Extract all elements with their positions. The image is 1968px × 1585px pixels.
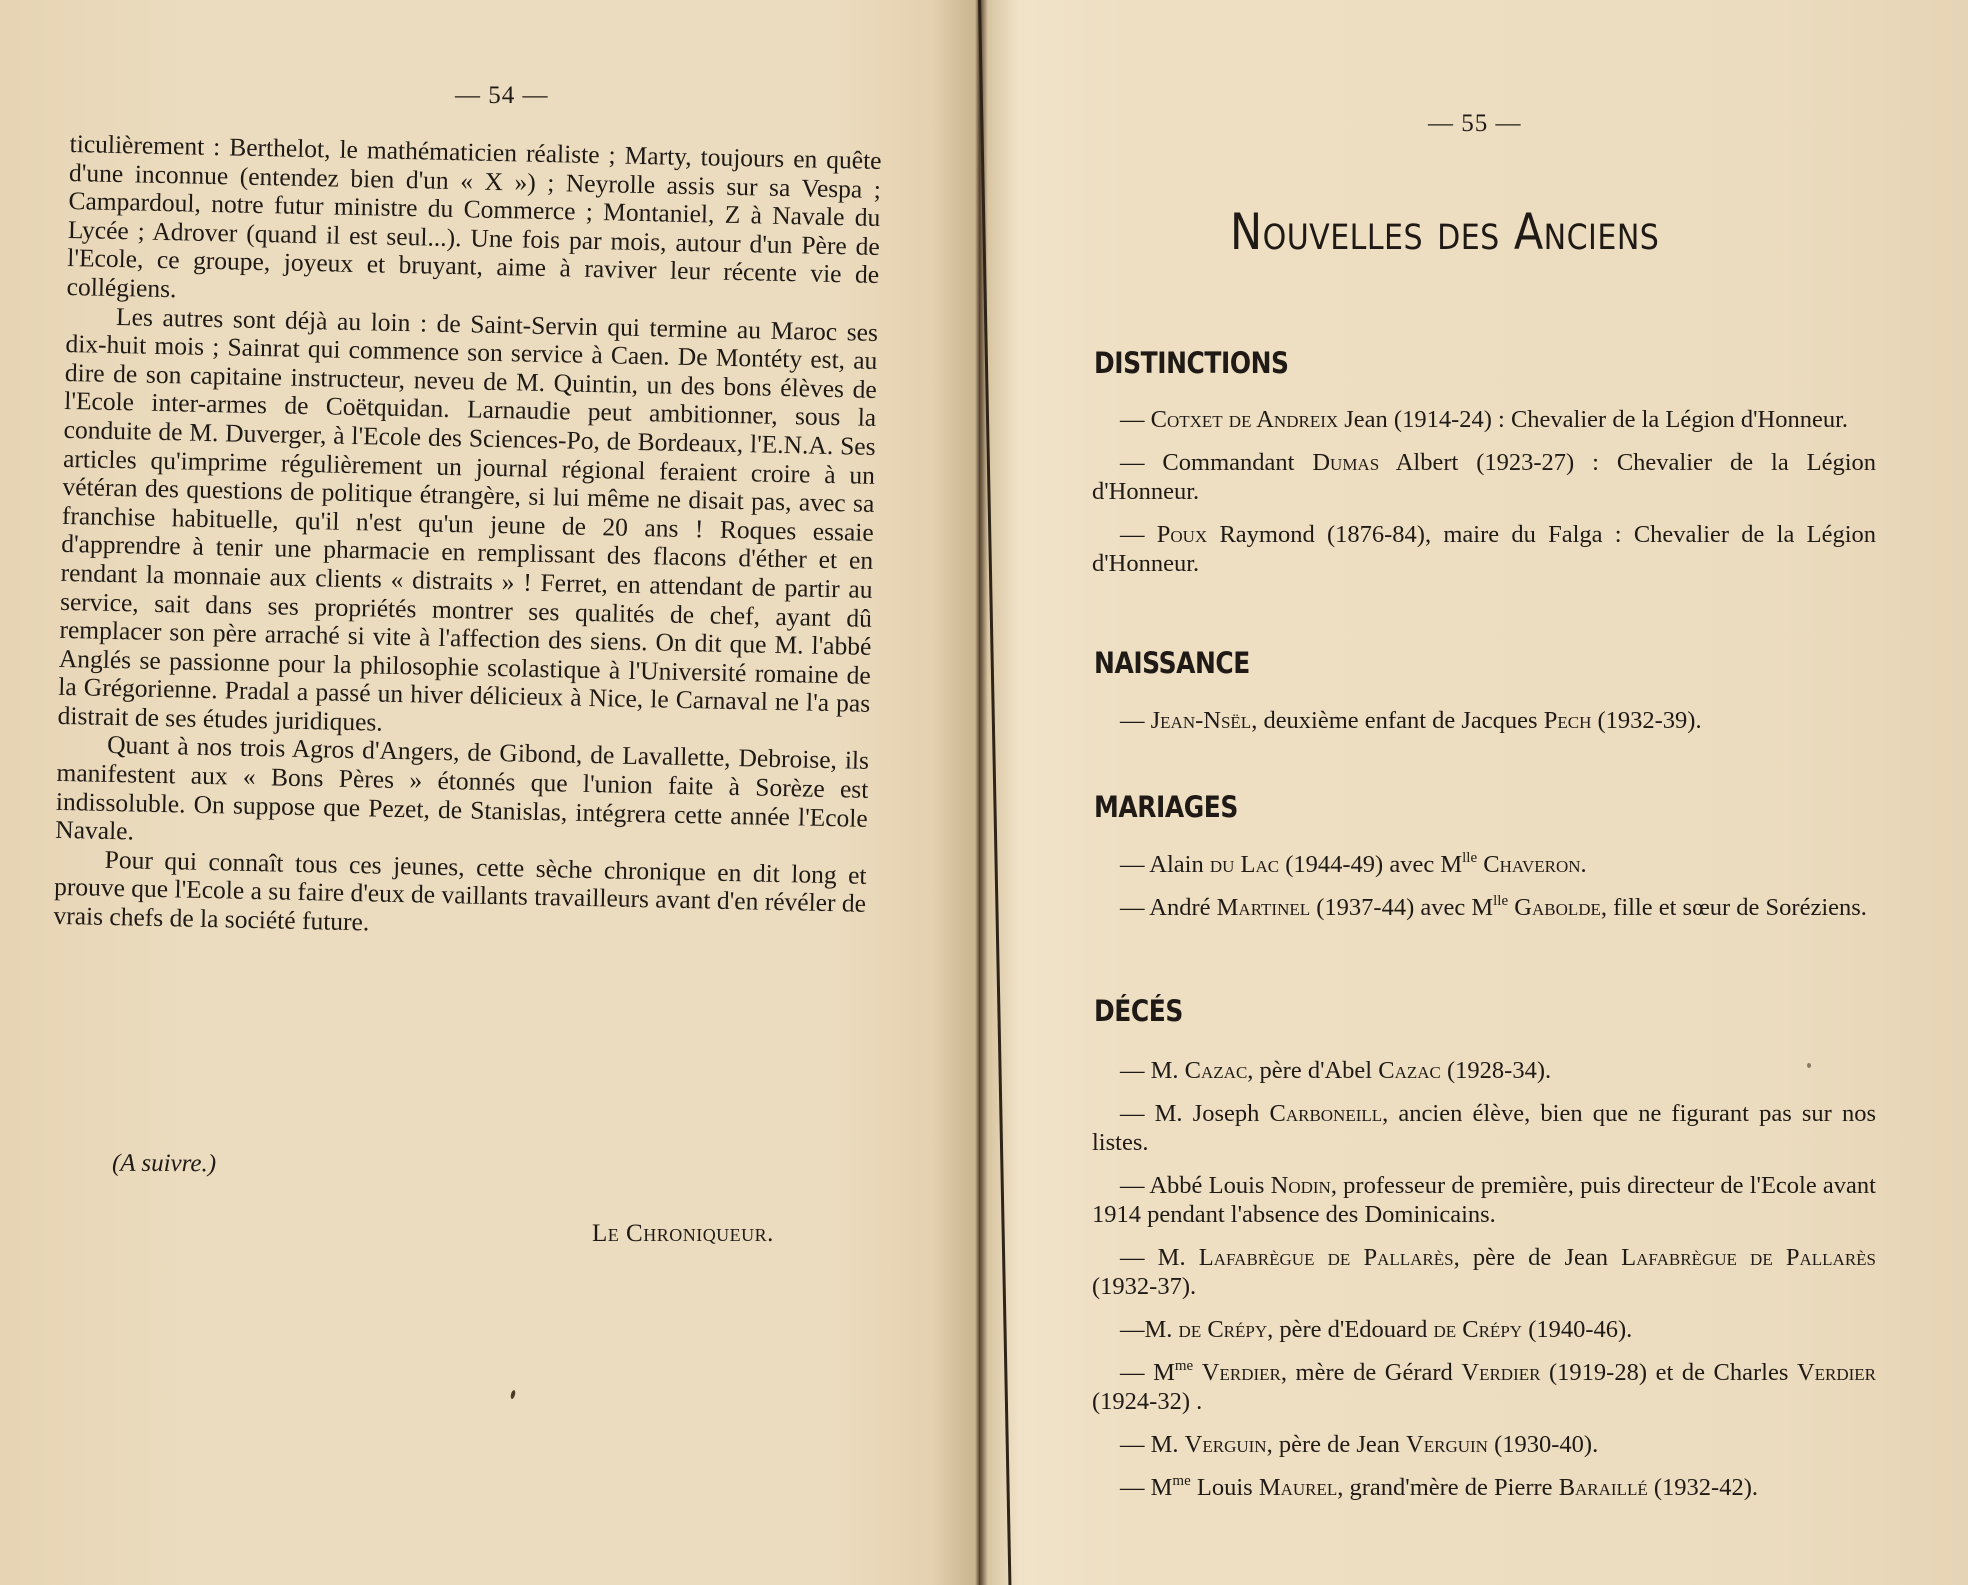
- list-item: — Commandant Dumas Albert (1923-27) : Ch…: [1092, 448, 1876, 506]
- list-item: — M. Cazac, père d'Abel Cazac (1928-34).: [1092, 1056, 1876, 1085]
- list-item: — Poux Raymond (1876-84), maire du Falga…: [1092, 520, 1876, 578]
- page-number-right: — 55 —: [1428, 110, 1522, 138]
- book-spread: — 54 — ticulièrement : Berthelot, le mat…: [0, 0, 1968, 1585]
- paragraph: Pour qui connaît tous ces jeunes, cette …: [53, 845, 867, 948]
- mariages-list: — Alain du Lac (1944-49) avec Mlle Chave…: [1092, 850, 1876, 936]
- continuation-note: (A suivre.): [112, 1150, 216, 1179]
- page-title: Nouvelles des Anciens: [1230, 203, 1659, 261]
- list-item: — Mme Louis Maurel, grand'mère de Pierre…: [1092, 1473, 1876, 1502]
- section-heading-deces: DÉCÉS: [1094, 994, 1183, 1028]
- list-item: — M. Joseph Carboneill, ancien élève, bi…: [1092, 1099, 1876, 1157]
- list-item: — Mme Verdier, mère de Gérard Verdier (1…: [1092, 1358, 1876, 1416]
- section-heading-distinctions: DISTINCTIONS: [1094, 346, 1289, 380]
- list-item: — M. Verguin, père de Jean Verguin (1930…: [1092, 1430, 1876, 1459]
- naissance-list: — Jean-Nsël, deuxième enfant de Jacques …: [1092, 706, 1876, 749]
- list-item: — Alain du Lac (1944-49) avec Mlle Chave…: [1092, 850, 1876, 879]
- list-item: —M. de Crépy, père d'Edouard de Crépy (1…: [1092, 1315, 1876, 1344]
- list-item: — M. Lafabrègue de Pallarès, père de Jea…: [1092, 1243, 1876, 1301]
- paragraph: ticulièrement : Berthelot, le mathématic…: [66, 130, 881, 319]
- section-heading-mariages: MARIAGES: [1094, 790, 1238, 824]
- list-item: — Abbé Louis Nodin, professeur de premiè…: [1092, 1171, 1876, 1229]
- paragraph: Quant à nos trois Agros d'Angers, de Gib…: [55, 730, 869, 861]
- paragraph: Les autres sont déjà au loin : de Saint-…: [57, 302, 878, 748]
- chronicle-text: ticulièrement : Berthelot, le mathématic…: [53, 130, 882, 947]
- distinctions-list: — Cotxet de Andreix Jean (1914-24) : Che…: [1092, 405, 1876, 592]
- signature: Le Chroniqueur.: [592, 1220, 774, 1248]
- page-number-left: — 54 —: [455, 82, 549, 110]
- paper-speck: [1807, 1063, 1811, 1068]
- section-heading-naissance: NAISSANCE: [1094, 646, 1250, 680]
- list-item: — Jean-Nsël, deuxième enfant de Jacques …: [1092, 706, 1876, 735]
- list-item: — André Martinel (1937-44) avec Mlle Gab…: [1092, 893, 1876, 922]
- deces-list: — M. Cazac, père d'Abel Cazac (1928-34).…: [1092, 1056, 1876, 1516]
- list-item: — Cotxet de Andreix Jean (1914-24) : Che…: [1092, 405, 1876, 434]
